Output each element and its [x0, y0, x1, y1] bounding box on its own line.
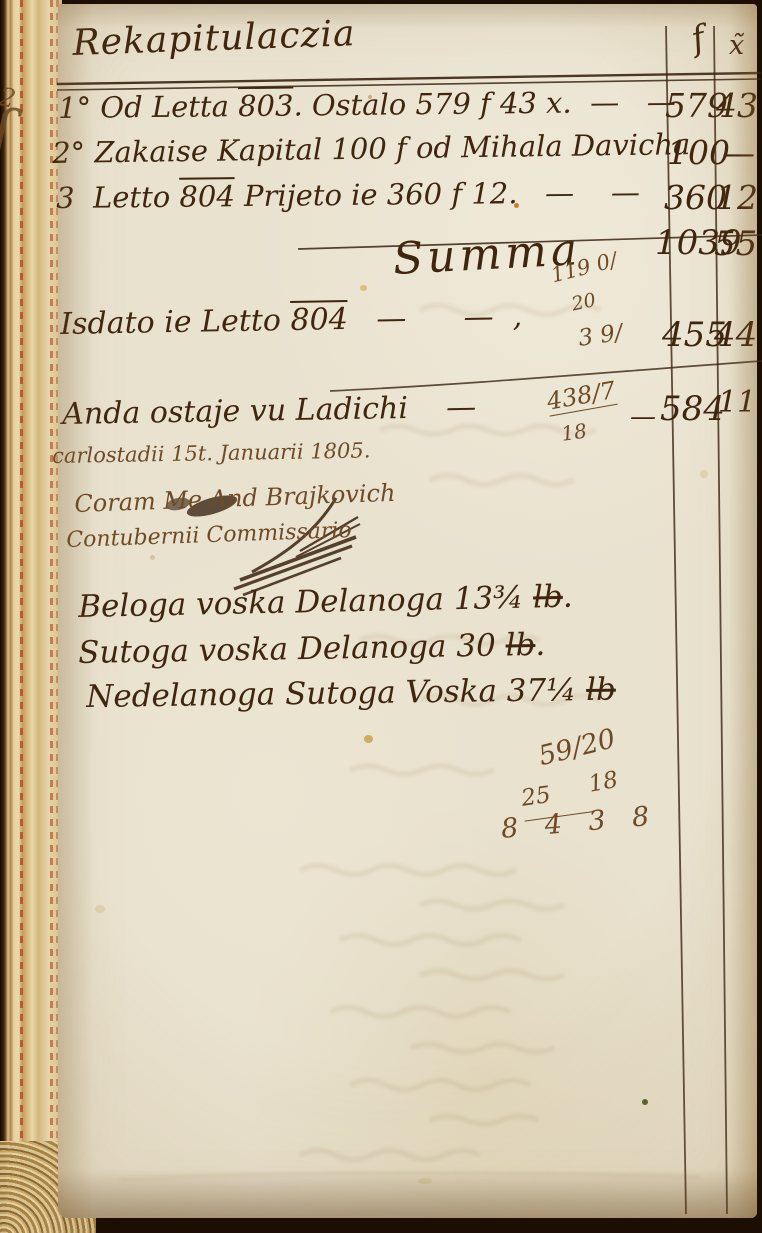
balance-row: Anda ostaje vu Ladichi — [62, 393, 476, 430]
row-text: Letto [84, 180, 180, 215]
page-title: Rekapitulaczia [72, 16, 356, 62]
row-number: 1° [58, 91, 91, 125]
wax-line: Beloga voska Delanoga 13¾ lb. [78, 582, 573, 623]
wax-text: . [535, 627, 545, 663]
scratch-calc: 18 [587, 769, 620, 797]
ledger-book-page: Rekapitulaczia f x̃ 2 ʃ 1° Od Letta 803.… [0, 0, 762, 1233]
foxing-spot [368, 95, 372, 99]
handwritten-content: Rekapitulaczia f x̃ 2 ʃ 1° Od Letta 803.… [0, 0, 762, 1233]
wax-line: Sutoga voska Delanoga 30 lb. [78, 630, 546, 669]
wax-text: Sutoga voska Delanoga 30 [78, 628, 506, 671]
ledger-row: 1° Od Letta 803. Ostalo 579 f 43 x. — — [58, 88, 676, 123]
balance-fraction-top: 438/7 [545, 378, 618, 417]
foxing-spot [364, 735, 373, 743]
ledger-row: 2° Zakaise Kapital 100 f od Mihala Davic… [52, 130, 690, 168]
row-text: Od Letta [100, 89, 238, 124]
wax-line: Nedelanoga Sutoga Voska 37¼ lb [86, 675, 616, 713]
margin-mark: ʃ [0, 100, 16, 160]
amount-kreuzer: 43 [716, 89, 758, 122]
pound-sign: lb [533, 579, 564, 616]
row-year: 803 [238, 89, 294, 124]
row-year: 804 [290, 302, 348, 338]
marginal-calc: 3 9/ [577, 322, 624, 351]
balance-kreuzer: 11 [718, 388, 756, 418]
amount-kreuzer: — [722, 136, 755, 169]
row-text: — — , [347, 299, 522, 337]
row-number: 3 [56, 181, 75, 215]
row-text: Prijeto ie 360 f 12. — — [235, 175, 641, 213]
wax-text: Beloga voska Delanoga 13¾ [78, 579, 533, 625]
foxing-spot [514, 203, 519, 208]
wax-text: Nedelanoga Sutoga Voska 37¼ [86, 672, 586, 715]
commissary-line: Contubernii Commissario [66, 520, 352, 552]
row-number: 2° [52, 136, 85, 170]
foxing-spot [700, 470, 708, 478]
scratch-calc: 59/20 [536, 725, 618, 770]
foxing-spot [95, 905, 105, 913]
pound-sign: lb [586, 672, 616, 708]
wax-text: . [562, 579, 573, 615]
coram-line: Coram Me And Brajkovich [74, 481, 396, 516]
balance-fraction-bottom: 18 [560, 420, 588, 443]
place-date-line: carlostadii 15t. Januarii 1805. [52, 440, 371, 467]
row-text: . Ostalo 579 f 43 x. — — [293, 85, 676, 123]
foxing-spot [642, 1099, 648, 1105]
foxing-spot [150, 555, 155, 560]
column-header-florin: f [688, 21, 708, 57]
amount-kreuzer: 12 [716, 181, 758, 214]
summa-kreuzer: 55 [714, 227, 757, 261]
column-header-kreuzer: x̃ [729, 32, 744, 59]
row-text: Zakaise Kapital 100 f od Mihala Davicha [94, 127, 690, 169]
balance-florin: 584 [660, 392, 725, 426]
isdato-kreuzer: 44 [714, 318, 757, 352]
ledger-row: 3 Letto 804 Prijeto ie 360 f 12. — — [56, 178, 640, 213]
pound-sign: lb [505, 627, 535, 664]
marginal-calc: 20 [570, 291, 598, 315]
foxing-spot [360, 285, 367, 291]
isdato-row: Isdato ie Letto 804 — — , [60, 302, 522, 340]
amount-florin: 100 [667, 136, 730, 169]
foxing-spot [418, 1178, 432, 1184]
balance-dash: — [630, 404, 656, 430]
row-year: 804 [179, 179, 235, 214]
row-text: Isdato ie Letto [60, 303, 291, 342]
